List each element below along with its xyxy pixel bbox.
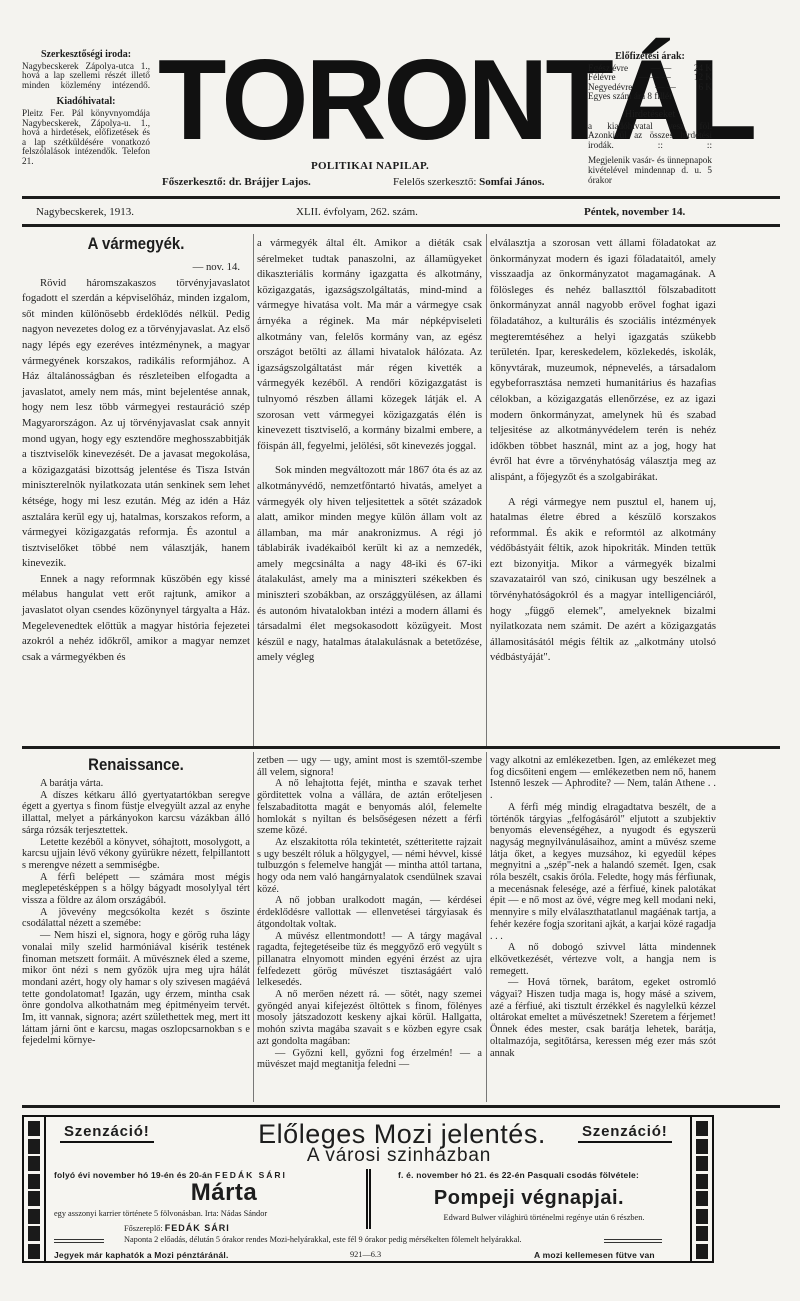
- film-strip-border: [44, 1117, 46, 1261]
- article-renaissance-col1: Renaissance. A barátja várta. A díszes k…: [22, 755, 250, 1047]
- price-value: 6 K: [698, 83, 712, 93]
- newspaper-subtitle: POLITIKAI NAPILAP.: [270, 160, 470, 172]
- paragraph: Letette kezéből a könyvet, sóhajtott, mo…: [22, 837, 250, 872]
- article-renaissance-col2: zetben — ugy — ugy, amint most is szemtő…: [257, 755, 482, 1071]
- paragraph: Rövid háromszakaszos törvényjavaslatot f…: [22, 276, 250, 572]
- responsible-editor-label: Felelős szerkesztő:: [393, 176, 476, 188]
- editorial-office-text: Nagybecskerek Zápolya-utca 1., hová a la…: [22, 62, 150, 91]
- ad-venue: A városi szinházban: [274, 1145, 524, 1167]
- lead-name: FEDÁK SÁRI: [165, 1223, 230, 1233]
- article-byline: — nov. 14.: [22, 260, 250, 276]
- newspaper-title: TORONTÁL: [158, 43, 586, 157]
- paragraph: A barátja várta.: [22, 778, 250, 790]
- heating-info: A mozi kellemesen fütve van: [534, 1250, 655, 1260]
- film-strip-left-icon: [28, 1121, 40, 1261]
- paragraph: A díszes kétkaru álló gyertyatartókban s…: [22, 790, 250, 837]
- masthead-rule: [22, 196, 780, 199]
- paragraph: A jövevény megcsókolta kezét s őszinte c…: [22, 907, 250, 930]
- dateline-volume: XLII. évfolyam, 262. szám.: [296, 206, 418, 218]
- article-title: Renaissance.: [36, 755, 237, 775]
- film-title-marta: Márta: [154, 1179, 294, 1207]
- single-issue-price: Egyes szám ára 8 fillér: [588, 92, 712, 102]
- subscription-heading: Előfizetési árak:: [588, 52, 712, 62]
- publisher-office-heading: Kiadóhivatal:: [22, 97, 150, 107]
- article-varmegyek-col3: elválasztja a szorosan vett állami fölad…: [490, 236, 716, 666]
- section-rule: [22, 1105, 780, 1108]
- film-strip-border: [690, 1117, 692, 1261]
- paragraph: A férfi még mindig elragadtatva beszélt,…: [490, 802, 716, 942]
- film-strip-right-icon: [696, 1121, 708, 1261]
- paragraph: zetben — ugy — ugy, amint most is szemtő…: [257, 755, 482, 778]
- responsible-editor-name: Somfai János.: [479, 176, 544, 188]
- column-divider: [253, 752, 254, 1102]
- editorial-office-heading: Szerkesztőségi iroda:: [22, 50, 150, 60]
- ad-center-divider: [366, 1169, 371, 1229]
- publisher-office-text: Pleitz Fer. Pál könyvnyomdája Nagybecske…: [22, 109, 150, 167]
- chief-editor: Főszerkesztő: dr. Brájjer Lajos.: [162, 176, 311, 188]
- column-divider: [486, 234, 487, 746]
- paragraph: A nő merően nézett rá. — sötét, nagy sze…: [257, 989, 482, 1048]
- cinema-advertisement: Szenzáció! Szenzáció! Előleges Mozi jele…: [22, 1115, 714, 1263]
- dateline-rule: [22, 224, 780, 227]
- show-times: Naponta 2 előadás, délután 5 órakor rend…: [124, 1235, 584, 1244]
- paragraph: A nő lehajtotta fejét, mintha e szavak t…: [257, 778, 482, 837]
- ad-code: 921—6.3: [350, 1250, 381, 1259]
- column-divider: [253, 234, 254, 746]
- publish-schedule: Megjelenik vasár- és ünnepnapok kivételé…: [588, 156, 712, 185]
- film-title-pompeji: Pompeji végnapjai.: [404, 1187, 654, 1210]
- right-date-line: f. é. november hó 21. és 22-én Pasquali …: [398, 1170, 639, 1180]
- paragraph: A nő dobogó szivvel látta mindennek elkö…: [490, 942, 716, 977]
- film-description-marta: egy asszonyi karrier története 5 fölvoná…: [54, 1209, 354, 1218]
- paragraph: vagy alkotni az emlékezetben. Igen, az e…: [490, 755, 716, 802]
- article-varmegyek-col2: a vármegyék által élt. Amikor a diéták c…: [257, 236, 482, 666]
- section-rule: [22, 746, 780, 749]
- editorial-office-box: Szerkesztőségi iroda: Nagybecskerek Zápo…: [22, 50, 150, 174]
- dateline-place-year: Nagybecskerek, 1913.: [36, 206, 134, 218]
- paragraph: a vármegyék által élt. Amikor a diéták c…: [257, 236, 482, 454]
- paragraph: elválasztja a szorosan vett állami fölad…: [490, 236, 716, 486]
- paragraph: — Hová törnek, barátom, egeket ostromló …: [490, 977, 716, 1059]
- sensation-left: Szenzáció!: [60, 1123, 154, 1143]
- lead-label: Főszereplő:: [124, 1224, 163, 1233]
- tickets-info: Jegyek már kaphatók a Mozi pénztáránál.: [54, 1250, 229, 1260]
- article-title: A vármegyék.: [36, 234, 237, 254]
- subscription-box: Előfizetési árak: Egész évre — — 24 K Fé…: [588, 52, 712, 191]
- ads-text: a kiadóhivatal vesz föl. Azonkivül az ös…: [588, 122, 712, 151]
- article-renaissance-col3: vagy alkotni az emlékezetben. Igen, az e…: [490, 755, 716, 1059]
- paragraph: A férfi belépett — számára most mégis me…: [22, 872, 250, 907]
- column-divider: [486, 752, 487, 1102]
- lead-actor-line: Főszereplő: FEDÁK SÁRI: [124, 1223, 230, 1233]
- responsible-editor: Felelős szerkesztő: Somfai János.: [393, 176, 545, 188]
- paragraph: — Nem hiszi el, signora, hogy e görög ru…: [22, 930, 250, 1047]
- paragraph: Az elszakitotta róla tekintetét, szétter…: [257, 837, 482, 896]
- article-varmegyek-col1: A vármegyék. — nov. 14. Rövid háromszaka…: [22, 234, 250, 665]
- dateline-day: Péntek, november 14.: [584, 206, 685, 218]
- paragraph: Sok minden megváltozott már 1867 óta és …: [257, 463, 482, 666]
- ornament-line: [604, 1239, 662, 1243]
- ads-heading: Hirdetéseket: [588, 110, 712, 120]
- paragraph: A müvész ellentmondott! — A tárgy magáva…: [257, 931, 482, 990]
- paragraph: — Győzni kell, győzni fog érzelmén! — a …: [257, 1048, 482, 1071]
- film-description-pompeji: Edward Bulwer világhirü történelmi regén…: [424, 1213, 664, 1222]
- paragraph: Ennek a nagy reformnak küszöbén egy kiss…: [22, 572, 250, 666]
- paragraph: A nő jobban uralkodott magán, — kérdései…: [257, 895, 482, 930]
- ornament-line: [54, 1239, 104, 1243]
- paragraph: A régi vármegye nem pusztul el, hanem uj…: [490, 495, 716, 667]
